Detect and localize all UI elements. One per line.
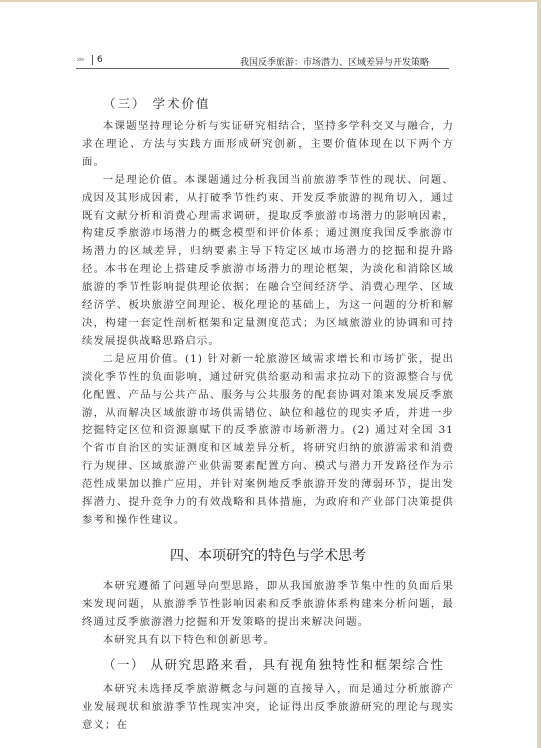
subsection-heading: （一） 从研究思路来看，具有视角独特性和框架综合性 bbox=[82, 655, 454, 675]
paragraph: 本研究具有以下特色和创新思考。 bbox=[82, 632, 454, 650]
running-head: »» 6 我国反季旅游：市场潜力、区域差异与开发策略 bbox=[76, 54, 449, 69]
divider bbox=[92, 55, 93, 65]
section-heading-academic-value: （三） 学术价值 bbox=[82, 94, 454, 118]
book-title: 我国反季旅游：市场潜力、区域差异与开发策略 bbox=[240, 55, 429, 68]
paragraph: 本研究未选择反季旅游概念与问题的直接导入，而是通过分析旅游产业发展现状和旅游季节… bbox=[82, 681, 454, 735]
page-content: （三） 学术价值 本课题坚持理论分析与实证研究相结合，坚持多学科交叉与融合，力求… bbox=[82, 94, 454, 735]
paragraph: 一是理论价值。本课题通过分析我国当前旅游季节性的现状、问题、成因及其形成因素，从… bbox=[82, 172, 454, 351]
paragraph: 二是应用价值。(1) 针对新一轮旅游区域需求增长和市场扩张，提出淡化季节性的负面… bbox=[82, 351, 454, 530]
book-page: »» 6 我国反季旅游：市场潜力、区域差异与开发策略 （三） 学术价值 本课题坚… bbox=[0, 2, 537, 748]
paragraph: 本课题坚持理论分析与实证研究相结合，坚持多学科交叉与融合，力求在理论、方法与实践… bbox=[82, 118, 454, 172]
paragraph: 本研究遵循了问题导向型思路，即从我国旅游季节集中性的负面后果来发现问题，从旅游季… bbox=[82, 578, 454, 632]
chapter-heading-features: 四、本项研究的特色与学术思考 bbox=[82, 544, 454, 568]
page-number: 6 bbox=[97, 55, 103, 65]
double-chevron-right-icon: »» bbox=[76, 55, 83, 65]
